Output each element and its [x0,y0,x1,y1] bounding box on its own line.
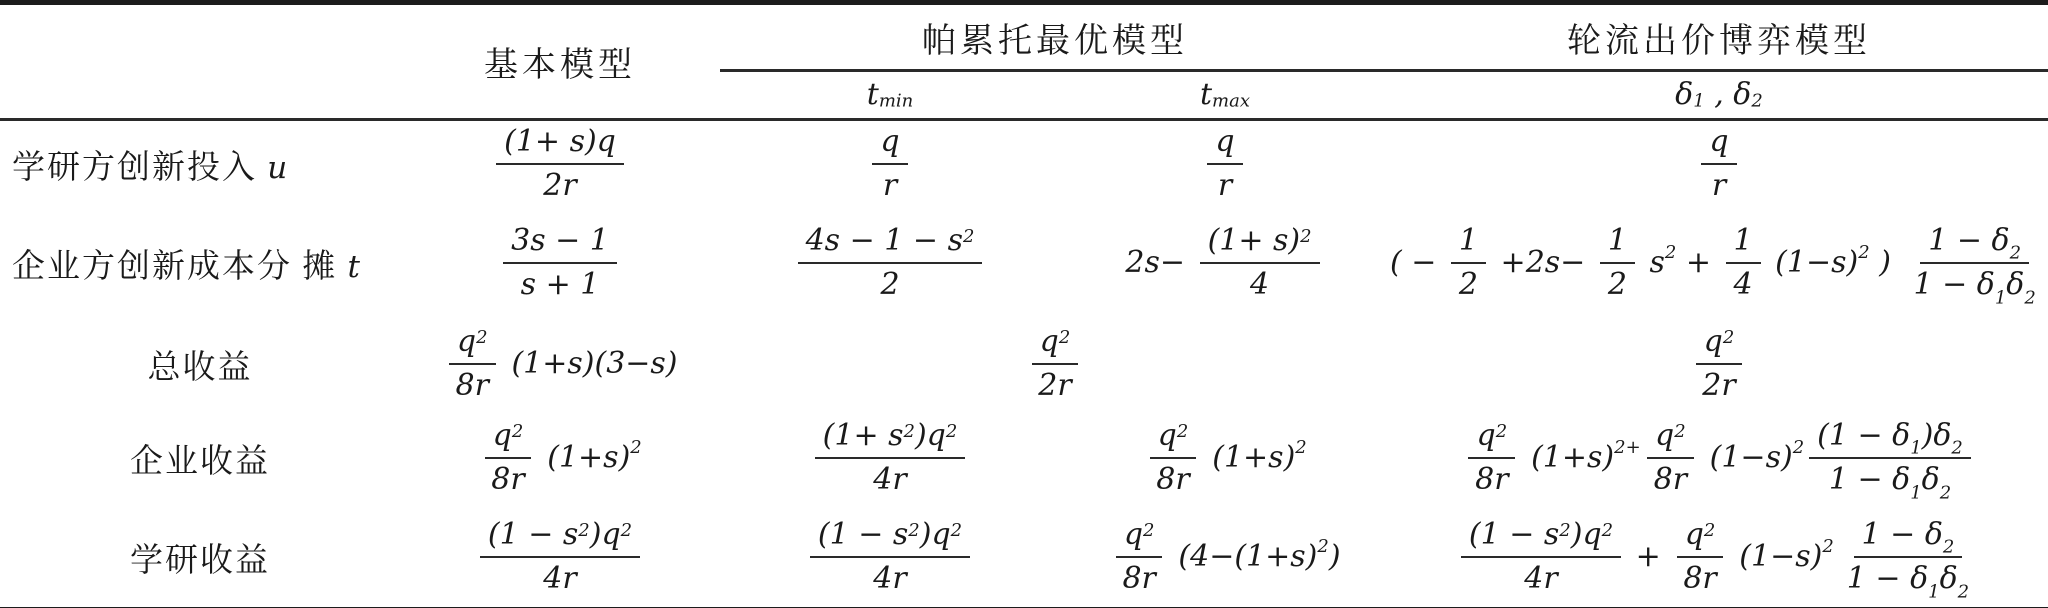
formula-text: q [880,125,899,160]
denominator: 2 [872,264,907,303]
numerator: (1+ s)q [496,125,624,166]
tmin-symbol: tmin [867,78,913,113]
formula-text: r [1218,169,1232,204]
superscript: 2 [1177,422,1188,443]
formula-text: q [1158,419,1177,454]
numerator: (1 − s2)q2 [480,518,640,559]
superscript: 2 [1496,422,1507,443]
superscript: 2 [512,422,523,443]
fraction: q28r [483,419,532,498]
formula: (1 − s2)q24r + q28r (1−s)21 − δ21 − δ1δ2 [1456,518,1982,597]
formula-text: 8r [1654,463,1687,498]
numerator: q2 [1116,518,1163,559]
superscript: 2 [630,438,641,459]
denominator: 1 − δ1δ2 [1821,459,1959,498]
numerator: q2 [449,325,496,366]
fraction: (1 − δ1)δ21 − δ1δ2 [1809,419,1971,498]
subscript: min [879,91,913,112]
subscript: 2 [1943,538,1954,559]
cell-r5-tmin: (1 − s2)q24r [720,507,1060,608]
numerator: q [1207,125,1242,166]
denominator: 1 − δ1δ2 [1905,264,2043,303]
formula-text: 4r [873,463,906,498]
formula-text: (4−(1+s) [1169,540,1318,575]
fraction: (1+ s)24 [1200,224,1320,303]
formula-text: ) [1329,540,1341,575]
formula: q28r (1+s)(3−s) [442,325,677,404]
formula-text: (1 − s [818,518,908,553]
cell-r5-delta: (1 − s2)q24r + q28r (1−s)21 − δ21 − δ1δ2 [1390,507,2048,608]
formula: q28r (4−(1+s)2) [1109,518,1340,597]
superscript: 2 [476,328,487,349]
formula-text: + [1626,540,1670,575]
formula-text: q [1040,325,1059,360]
tmax-symbol: tmax [1200,78,1250,113]
formula-text: q [1215,125,1234,160]
subheader-tmin: tmin [720,71,1060,120]
numerator: 1 − δ2 [1854,518,1963,559]
fraction: (1+ s)q2r [496,125,624,204]
superscript: 2 [963,227,974,248]
fraction: (1 − s2)q24r [480,518,640,597]
fraction: q28r [1675,518,1724,597]
fraction: qr [872,125,907,204]
formula-text: (1−s) [1766,246,1859,281]
header-label-column [0,3,400,120]
delta-symbols: δ1 , δ2 [1675,78,1763,113]
header-group-row: 基本模型 帕累托最优模型 轮流出价博弈模型 [0,3,2048,71]
formula-text: 1 [1734,224,1753,259]
formula-text: 2r [1702,369,1735,404]
formula-text: (1+s) [538,441,631,476]
subscript: 1 [1910,483,1921,504]
superscript: 2 [946,422,957,443]
formula: q28r (1+s)2+q28r (1−s)2(1 − δ1)δ21 − δ1δ… [1462,419,1976,498]
row-label-text: 学研收益 [130,543,270,579]
formula: 4s − 1 − s22 [793,224,988,303]
formula-text: δ [1940,562,1958,597]
numerator: q2 [1150,419,1197,460]
formula-text: 4r [1524,562,1557,597]
superscript: 2 [1858,243,1869,264]
numerator: q2 [1677,518,1724,559]
subscript: 2 [1958,582,1969,603]
cell-r3-pareto-merged: q22r [720,319,1390,409]
denominator: 4r [1516,558,1565,597]
fraction: q28r [1114,518,1163,597]
formula-text: 1 − δ [1928,224,2009,259]
denominator: 8r [1467,459,1516,498]
denominator: 8r [1114,558,1163,597]
numerator: (1 − s2)q2 [1461,518,1621,559]
numerator: (1+ s2)q2 [815,419,966,460]
formula-text: (1+s)(3−s) [502,347,678,382]
superscript: 2 [1317,537,1328,558]
numerator: 1 − δ2 [1920,224,2029,265]
cell-r4-tmax: q28r (1+s)2 [1060,409,1390,507]
superscript: 2+ [1614,438,1641,459]
formula-text: (1+ s [823,419,904,454]
formula: q28r (1+s)2 [1143,419,1306,498]
formula-text: (1 − s [1469,518,1559,553]
denominator: 4 [1242,264,1277,303]
model-comparison-table: 基本模型 帕累托最优模型 轮流出价博弈模型 tmin tmax δ1 , δ2 … [0,0,2048,608]
superscript: 2 [1602,521,1613,542]
numerator: q [1701,125,1736,166]
denominator: r [875,165,905,204]
formula-text: + [1676,246,1720,281]
formula-text: r [883,169,897,204]
cell-r3-delta: q22r [1390,319,2048,409]
subscript: 2 [1951,439,1962,460]
cell-r2-tmax: 2s− (1+ s)24 [1060,207,1390,319]
row-label-innovation-input: 学研方创新投入 u [0,120,400,208]
header-basic-model: 基本模型 [400,3,720,120]
formula: ( − 12 +2s− 12 s2 + 14 (1−s)2 ) 1 − δ21 … [1390,224,2048,303]
formula-text: 8r [491,463,524,498]
formula-text: s + 1 [521,268,600,303]
formula-text: ( − [1390,246,1446,281]
formula-text: 8r [455,369,488,404]
subscript: 1 [1928,582,1939,603]
formula-text: q [1685,518,1704,553]
fraction: 3s − 1s + 1 [503,224,617,303]
numerator: 1 [1451,224,1486,265]
formula-text: 8r [1122,562,1155,597]
subscript: 2 [2024,288,2035,309]
fraction: 12 [1451,224,1486,303]
formula-text: r [1712,169,1726,204]
denominator: 2 [1600,264,1635,303]
denominator: 8r [1148,459,1197,498]
subscript: 1 [1693,91,1704,112]
formula-text: +2s− [1491,246,1595,281]
row-label-enterprise-revenue: 企业收益 [0,409,400,507]
formula-text: t [1200,78,1212,113]
cell-r1-tmin: qr [720,120,1060,208]
formula-text: 2 [1459,268,1478,303]
formula-text: 1 − δ [1913,268,1994,303]
row-label-text: 企业收益 [130,444,270,480]
fraction: qr [1701,125,1736,204]
formula: qr [1202,125,1247,204]
formula-text: 2r [543,169,576,204]
superscript: 2 [908,521,919,542]
formula-text: 1 − δ [1829,463,1910,498]
group-header-pareto: 帕累托最优模型 [720,3,1390,71]
superscript: 2 [1059,328,1070,349]
formula-text: )δ [1922,419,1952,454]
numerator: 1 [1600,224,1635,265]
formula-text: q [1704,325,1723,360]
superscript: 2 [1143,521,1154,542]
formula-text: (1−s) [1730,540,1823,575]
formula-text: , δ [1705,78,1752,113]
cell-r2-basic: 3s − 1s + 1 [400,207,720,319]
denominator: s + 1 [513,264,608,303]
formula-text: 8r [1475,463,1508,498]
denominator: 1 − δ1δ2 [1839,558,1977,597]
formula: q22r [1689,325,1748,404]
superscript: 2 [1704,521,1715,542]
formula-text: δ [1922,463,1940,498]
formula-text: q [493,419,512,454]
formula-text: 4 [1734,268,1753,303]
numerator: (1 − δ1)δ2 [1809,419,1971,460]
formula-text: 4 [1250,268,1269,303]
table-row: 学研收益 (1 − s2)q24r (1 − s2)q24r q28r (4−(… [0,507,2048,608]
numerator: (1+ s)2 [1200,224,1320,265]
formula-text: (1+s) [1203,441,1296,476]
formula-text: )q [590,518,621,553]
formula-text: )q [920,518,951,553]
formula: 2s− (1+ s)24 [1125,224,1324,303]
denominator: 2r [535,165,584,204]
cell-r1-delta: qr [1390,120,2048,208]
subscript: 1 [1995,288,2006,309]
fraction: q22r [1030,325,1079,404]
fraction: 1 − δ21 − δ1δ2 [1839,518,1977,597]
formula: (1 − s2)q24r [475,518,645,597]
formula-text: 2 [1608,268,1627,303]
formula-text: 1 − δ [1847,562,1928,597]
fraction: 4s − 1 − s22 [798,224,983,303]
table-row: 企业收益 q28r (1+s)2 (1+ s2)q24r q28r (1+s)2… [0,409,2048,507]
formula-text: t [867,78,879,113]
formula-text: q [1124,518,1143,553]
cell-r1-basic: (1+ s)q2r [400,120,720,208]
formula-text: 1 − δ [1862,518,1943,553]
formula-text: (1−s) [1700,441,1793,476]
fraction: q28r [447,325,496,404]
formula-text: q [1476,419,1495,454]
formula: (1+ s2)q24r [810,419,971,498]
cell-r2-tmin: 4s − 1 − s22 [720,207,1060,319]
subscript: 2 [2010,244,2021,265]
row-label-cost-sharing: 企业方创新成本分 摊 t [0,207,400,319]
formula-text: δ [1675,78,1693,113]
denominator: 8r [1646,459,1695,498]
table-row: 学研方创新投入 u (1+ s)q2r qr qr qr [0,120,2048,208]
formula-text: 4r [543,562,576,597]
cell-r1-tmax: qr [1060,120,1390,208]
formula-text: 1 [1608,224,1627,259]
superscript: 2 [578,521,589,542]
row-label-total-revenue: 总收益 [0,319,400,409]
fraction: (1 − s2)q24r [810,518,970,597]
cell-r3-basic: q28r (1+s)(3−s) [400,319,720,409]
numerator: q2 [1032,325,1079,366]
cell-r2-delta: ( − 12 +2s− 12 s2 + 14 (1−s)2 ) 1 − δ21 … [1390,207,2048,319]
formula-text: q [1655,419,1674,454]
fraction: q28r [1148,419,1197,498]
denominator: 4r [865,459,914,498]
formula-text: )q [1571,518,1602,553]
cell-r4-delta: q28r (1+s)2+q28r (1−s)2(1 − δ1)δ21 − δ1δ… [1390,409,2048,507]
denominator: 2r [1030,365,1079,404]
formula-text: 8r [1683,562,1716,597]
row-label-text: 企业方创新成本分 摊 [12,249,348,285]
table-row: 企业方创新成本分 摊 t 3s − 1s + 1 4s − 1 − s22 2s… [0,207,2048,319]
numerator: q2 [1696,325,1743,366]
fraction: 12 [1600,224,1635,303]
row-label-academia-revenue: 学研收益 [0,507,400,608]
superscript: 2 [1295,438,1306,459]
formula-text: 1 [1459,224,1478,259]
fraction: q28r [1467,419,1516,498]
group-header-game: 轮流出价博弈模型 [1390,3,2048,71]
numerator: q2 [1647,419,1694,460]
numerator: q [872,125,907,166]
formula-text: 8r [1156,463,1189,498]
denominator: 2 [1451,264,1486,303]
denominator: 8r [447,365,496,404]
formula: q22r [1025,325,1084,404]
formula: q28r (1+s)2 [478,419,641,498]
formula: qr [867,125,912,204]
denominator: 8r [483,459,532,498]
formula-text: (1+ s)q [504,125,616,160]
numerator: q2 [1468,419,1515,460]
fraction: (1+ s2)q24r [815,419,966,498]
row-label-text: 学研方创新投入 [12,150,267,186]
formula-text: 3s − 1 [511,224,609,259]
numerator: (1 − s2)q2 [810,518,970,559]
subheader-delta: δ1 , δ2 [1390,71,2048,120]
fraction: 14 [1726,224,1761,303]
denominator: 4r [865,558,914,597]
row-label-variable: t [348,249,360,285]
denominator: 8r [1675,558,1724,597]
superscript: 2 [904,422,915,443]
superscript: 2 [621,521,632,542]
formula-text: ) [1870,246,1901,281]
formula-text: 4r [873,562,906,597]
numerator: 3s − 1 [503,224,617,265]
superscript: 2 [1674,422,1685,443]
denominator: r [1704,165,1734,204]
cell-r5-basic: (1 − s2)q24r [400,507,720,608]
fraction: q28r [1646,419,1695,498]
row-label-text: 总收益 [148,350,253,386]
formula-text: δ [2006,268,2024,303]
fraction: qr [1207,125,1242,204]
formula-text: q [457,325,476,360]
formula-text: (1+ s) [1208,224,1301,259]
superscript: 2 [1665,243,1676,264]
formula-text: 2s− [1125,246,1194,281]
cell-r5-tmax: q28r (4−(1+s)2) [1060,507,1390,608]
formula-text: )q [915,419,946,454]
formula-text: (1 − s [488,518,578,553]
numerator: 1 [1726,224,1761,265]
superscript: 2 [1793,438,1804,459]
formula: (1+ s)q2r [491,125,629,204]
formula: (1 − s2)q24r [805,518,975,597]
formula-text: s [1640,246,1665,281]
formula-text: (1 − δ [1817,419,1910,454]
formula-text: 2 [880,268,899,303]
fraction: (1 − s2)q24r [1461,518,1621,597]
formula-text: q [1709,125,1728,160]
numerator: q2 [485,419,532,460]
cell-r4-tmin: (1+ s2)q24r [720,409,1060,507]
subscript: max [1212,91,1250,112]
superscript: 2 [951,521,962,542]
superscript: 2 [1723,328,1734,349]
cell-r4-basic: q28r (1+s)2 [400,409,720,507]
subscript: 1 [1910,439,1921,460]
fraction: q22r [1694,325,1743,404]
denominator: r [1210,165,1240,204]
fraction: 1 − δ21 − δ1δ2 [1905,224,2043,303]
superscript: 2 [1300,227,1311,248]
denominator: 4r [535,558,584,597]
superscript: 2 [1822,537,1833,558]
row-label-variable: u [267,150,287,186]
formula: qr [1696,125,1741,204]
formula-text: 2r [1038,369,1071,404]
subscript: 2 [1751,91,1762,112]
formula-text: 4s − 1 − s [806,224,963,259]
denominator: 4 [1726,264,1761,303]
table-row: 总收益 q28r (1+s)(3−s) q22r q22r [0,319,2048,409]
numerator: 4s − 1 − s2 [798,224,983,265]
subheader-tmax: tmax [1060,71,1390,120]
superscript: 2 [1559,521,1570,542]
formula: 3s − 1s + 1 [498,224,622,303]
denominator: 2r [1694,365,1743,404]
subscript: 2 [1940,483,1951,504]
formula-text: (1+s) [1522,441,1615,476]
